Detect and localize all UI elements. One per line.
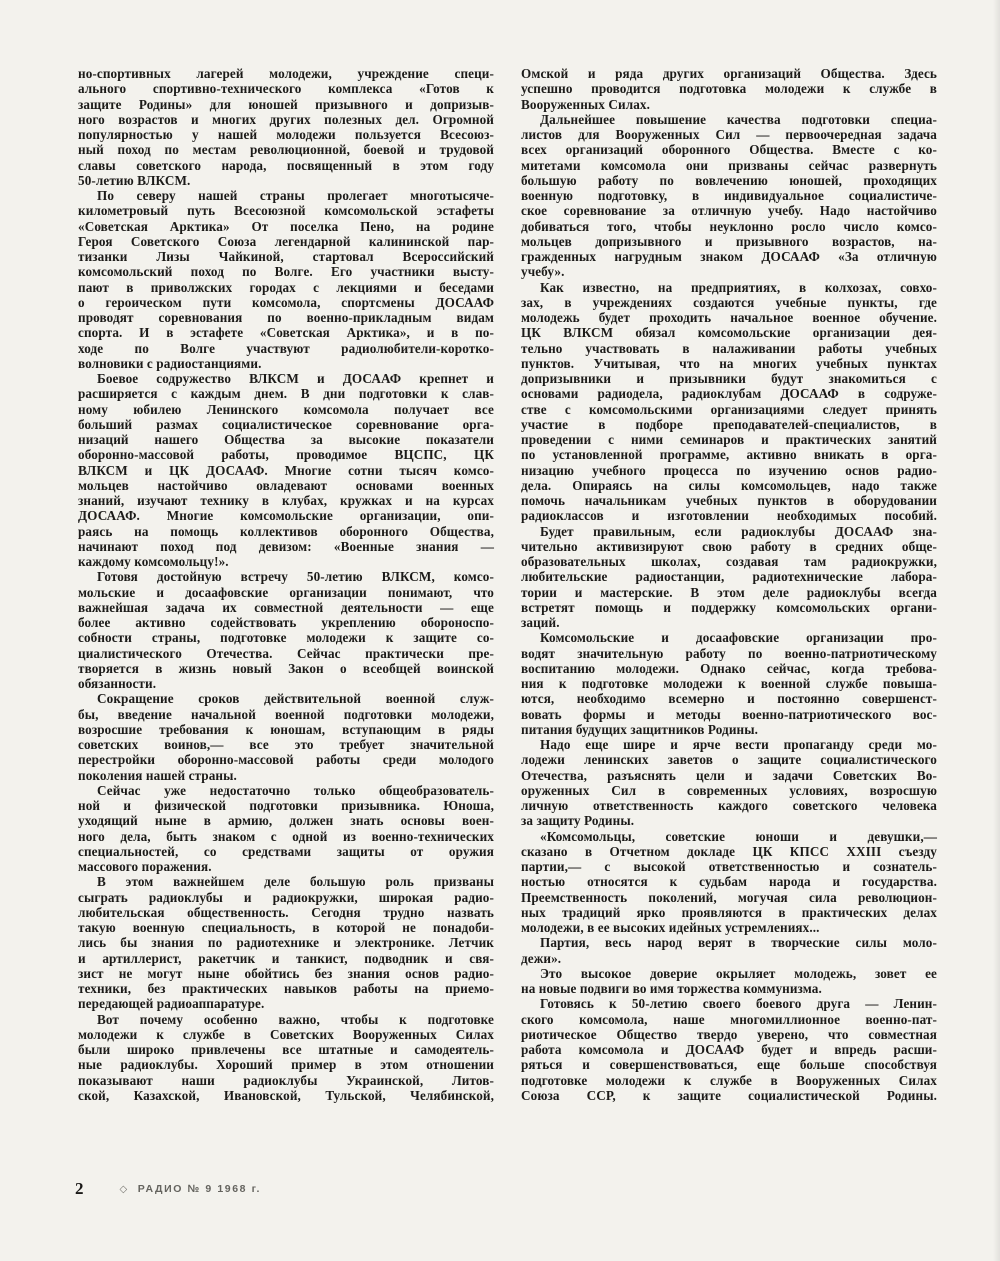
- text-line: лись бы знания по радиотехнике и электро…: [78, 935, 494, 950]
- text-line: Омской и ряда других организаций Обществ…: [521, 66, 937, 81]
- paragraph: Это высокое доверие окрыляет молодежь, з…: [521, 966, 937, 997]
- text-line: Сокращение сроков действительной военной…: [78, 691, 494, 706]
- text-line: ному юбилею Ленинского комсомола получае…: [78, 402, 494, 417]
- text-line: дела. Опираясь на силы комсомольцев, над…: [521, 478, 937, 493]
- text-line: волновики с радиостанциями.: [78, 356, 494, 371]
- text-line: низаций нашего Общества за высокие показ…: [78, 432, 494, 447]
- text-line: Сейчас уже недостаточно только общеобраз…: [78, 783, 494, 798]
- text-line: заций.: [521, 615, 937, 630]
- text-line: массового поражения.: [78, 859, 494, 874]
- text-line: большую работу по вовлечению юношей, про…: [521, 173, 937, 188]
- text-line: мольцев допризывного и призывного возрас…: [521, 234, 937, 249]
- text-line: Вот почему особенно важно, чтобы к подго…: [78, 1012, 494, 1027]
- text-line: ных традиций ярко проявляются в практиче…: [521, 905, 937, 920]
- text-line: творяется в жизнь новый Закон о всеобщей…: [78, 661, 494, 676]
- text-line: участие в подборе преподавателей-специал…: [521, 417, 937, 432]
- text-line: и артиллерист, ракетчик и танкист, подво…: [78, 951, 494, 966]
- text-line: листов для Вооруженных Сил — первоочеред…: [521, 127, 937, 142]
- text-line: вовать формы и методы военно-патриотичес…: [521, 707, 937, 722]
- text-line: тизанки Лизы Чайкиной, стартовал Всеросс…: [78, 249, 494, 264]
- text-line: ЦК ВЛКСМ обязал комсомольские организаци…: [521, 325, 937, 340]
- text-line: лодежи ленинских заветов о защите социал…: [521, 752, 937, 767]
- magazine-page: но-спортивных лагерей молодежи, учрежден…: [0, 0, 1000, 1261]
- paragraph: Сейчас уже недостаточно только общеобраз…: [78, 783, 494, 875]
- text-line: чительно активизируют свою работу в сред…: [521, 539, 937, 554]
- text-line: Героя Советского Союза легендарной калин…: [78, 234, 494, 249]
- page-number: 2: [75, 1179, 84, 1199]
- text-line: любительские радиостанции, радиотехничес…: [521, 569, 937, 584]
- text-line: помочь начальникам учебных пунктов в обо…: [521, 493, 937, 508]
- text-line: риотическое Общество твердо уверено, что…: [521, 1027, 937, 1042]
- text-line: оруженных Сил в современных условиях, во…: [521, 783, 937, 798]
- text-line: начинают поход под девизом: «Военные зна…: [78, 539, 494, 554]
- diamond-icon: ◇: [120, 1184, 129, 1195]
- text-line: встретят помощь и поддержку комсомольски…: [521, 600, 937, 615]
- text-line: перестройки оборонно-массовой работы сре…: [78, 752, 494, 767]
- text-line: воспитанию молодежи. Однако сейчас, когд…: [521, 661, 937, 676]
- text-line: образовательных школах, создавая там рад…: [521, 554, 937, 569]
- paragraph: но-спортивных лагерей молодежи, учрежден…: [78, 66, 494, 188]
- text-line: собности страны, подготовке молодежи к з…: [78, 630, 494, 645]
- text-column-left: но-спортивных лагерей молодежи, учрежден…: [78, 66, 494, 1103]
- text-line: возросшие требования к юношам, вступающи…: [78, 722, 494, 737]
- paragraph: Боевое содружество ВЛКСМ и ДОСААФ крепне…: [78, 371, 494, 569]
- text-line: оборонно-массовой работы, проводимое ВЦС…: [78, 447, 494, 462]
- journal-imprint: ◇РАДИО № 9 1968 г.: [120, 1183, 262, 1195]
- page-footer: 2 ◇РАДИО № 9 1968 г.: [75, 1179, 261, 1199]
- text-line: ются, необходимо всемерно и постоянно со…: [521, 691, 937, 706]
- text-line: Партия, весь народ верят в творческие си…: [521, 935, 937, 950]
- text-line: ВЛКСМ и ЦК ДОСААФ. Многие сотни тысяч ко…: [78, 463, 494, 478]
- text-line: о героическом пути комсомола, спортсмены…: [78, 295, 494, 310]
- text-line: Отечества, разъяснять цели и задачи Сове…: [521, 768, 937, 783]
- text-line: Как известно, на предприятиях, в колхоза…: [521, 280, 937, 295]
- text-line: Комсомольские и досаафовские организации…: [521, 630, 937, 645]
- text-line: по установленной программе, активно вник…: [521, 447, 937, 462]
- text-line: знаний, изучают технику в клубах, кружка…: [78, 493, 494, 508]
- text-line: всех организаций оборонного Общества. Вм…: [521, 142, 937, 157]
- text-line: ного возрастов и многих других полезных …: [78, 112, 494, 127]
- text-line: подготовке молодежи к службе в Вооруженн…: [521, 1073, 937, 1088]
- text-line: раясь на помощь коллективов оборонного О…: [78, 524, 494, 539]
- text-line: ния к подготовке молодежи к военной служ…: [521, 676, 937, 691]
- text-line: сыграть радиоклубы и радиокружки, широка…: [78, 890, 494, 905]
- text-line: специальностей, со средствами защиты от …: [78, 844, 494, 859]
- text-line: «Комсомольцы, советские юноши и девушки,…: [521, 829, 937, 844]
- text-line: ДОСААФ. Многие комсомольские организации…: [78, 508, 494, 523]
- text-line: успешно проводится подготовка молодежи к…: [521, 81, 937, 96]
- text-line: спорта. И в эстафете «Советская Арктика»…: [78, 325, 494, 340]
- paragraph: По северу нашей страны пролегает многоты…: [78, 188, 494, 371]
- text-line: Дальнейшее повышение качества подготовки…: [521, 112, 937, 127]
- text-line: пают в приволжских городах с лекциями и …: [78, 280, 494, 295]
- text-line: дежи».: [521, 951, 937, 966]
- text-line: Вооруженных Силах.: [521, 97, 937, 112]
- text-line: Союза ССР, к защите социалистической Род…: [521, 1088, 937, 1103]
- text-line: были широко привлечены все штатные и сам…: [78, 1042, 494, 1057]
- text-line: обязанности.: [78, 676, 494, 691]
- text-line: учебу».: [521, 264, 937, 279]
- text-line: Преемственность поколений, могучая сила …: [521, 890, 937, 905]
- paragraph: Вот почему особенно важно, чтобы к подго…: [78, 1012, 494, 1104]
- text-column-right: Омской и ряда других организаций Обществ…: [521, 66, 937, 1103]
- text-line: расширяется с каждым днем. В дни подгото…: [78, 386, 494, 401]
- text-line: проводят соревнования по военно-прикладн…: [78, 310, 494, 325]
- text-line: показывают наши радиоклубы Украинской, Л…: [78, 1073, 494, 1088]
- text-line: километровый путь Всесоюзной комсомольск…: [78, 203, 494, 218]
- paragraph: Дальнейшее повышение качества подготовки…: [521, 112, 937, 280]
- text-line: важнейшая задача их совместной деятельно…: [78, 600, 494, 615]
- text-line: зах, в учреждениях создаются учебные пун…: [521, 295, 937, 310]
- text-line: В этом важнейшем деле большую роль призв…: [78, 874, 494, 889]
- text-line: Готовясь к 50-летию своего боевого друга…: [521, 996, 937, 1011]
- text-line: любительская общественность. Сегодня тру…: [78, 905, 494, 920]
- text-line: циалистического Отечества. Сейчас практи…: [78, 646, 494, 661]
- text-line: ское соревнование за отличную учебу. Над…: [521, 203, 937, 218]
- text-line: каждому комсомольцу!».: [78, 554, 494, 569]
- text-line: работа комсомола и ДОСААФ будет и впредь…: [521, 1042, 937, 1057]
- text-line: добиваться того, чтобы неуклонно росло ч…: [521, 219, 937, 234]
- text-line: водят значительную работу по военно-патр…: [521, 646, 937, 661]
- paragraph: Комсомольские и досаафовские организации…: [521, 630, 937, 737]
- text-line: ностью относятся к судьбам народа и госу…: [521, 874, 937, 889]
- text-line: стве с комсомольскими организациями след…: [521, 402, 937, 417]
- text-line: поколения нашей страны.: [78, 768, 494, 783]
- text-line: комсомольский поход по Волге. Его участн…: [78, 264, 494, 279]
- text-line: ные радиоклубы. Хороший пример в этом от…: [78, 1057, 494, 1072]
- text-line: больший размах социалистическое соревнов…: [78, 417, 494, 432]
- text-line: популярностью у нашей молодежи пользуетс…: [78, 127, 494, 142]
- text-line: «Советская Арктика» От поселка Пено, на …: [78, 219, 494, 234]
- paragraph: Как известно, на предприятиях, в колхоза…: [521, 280, 937, 524]
- text-line: ного дела, быть знаком с одной из военно…: [78, 829, 494, 844]
- text-line: но-спортивных лагерей молодежи, учрежден…: [78, 66, 494, 81]
- text-line: питания будущих защитников Родины.: [521, 722, 937, 737]
- paragraph: В этом важнейшем деле большую роль призв…: [78, 874, 494, 1011]
- paragraph: Омской и ряда других организаций Обществ…: [521, 66, 937, 112]
- text-line: Надо еще шире и ярче вести пропаганду ср…: [521, 737, 937, 752]
- text-line: мольцев настойчиво овладевают основами в…: [78, 478, 494, 493]
- text-line: советских воинов,— все это требует значи…: [78, 737, 494, 752]
- text-line: тельно участвовать в налаживании работы …: [521, 341, 937, 356]
- text-line: По северу нашей страны пролегает многоты…: [78, 188, 494, 203]
- text-line: проведении с ними семинаров и практическ…: [521, 432, 937, 447]
- text-line: допризывники и призывники будут знакомит…: [521, 371, 937, 386]
- text-line: техники, без практических навыков работы…: [78, 981, 494, 996]
- text-line: молодежь будет проходить начальное военн…: [521, 310, 937, 325]
- paragraph: Партия, весь народ верят в творческие си…: [521, 935, 937, 966]
- text-line: молодежи, в ее высоких идейных устремлен…: [521, 920, 937, 935]
- text-line: Готовя достойную встречу 50-летию ВЛКСМ,…: [78, 569, 494, 584]
- text-line: радиоклассов и изготовлении необходимых …: [521, 508, 937, 523]
- text-line: передающей радиоаппаратуре.: [78, 996, 494, 1011]
- text-line: ходе по Волге участвуют радиолюбители-ко…: [78, 341, 494, 356]
- text-line: личную ответственность каждого советског…: [521, 798, 937, 813]
- text-line: ный поход по местам революционной, боево…: [78, 142, 494, 157]
- text-line: низацию учебного процесса по изучению ос…: [521, 463, 937, 478]
- paragraph: «Комсомольцы, советские юноши и девушки,…: [521, 829, 937, 936]
- text-line: более активно содействовать укреплению о…: [78, 615, 494, 630]
- text-line: пунктов. Учитывая, что на многих учебных…: [521, 356, 937, 371]
- text-line: зист не могут ныне обойтись без знания о…: [78, 966, 494, 981]
- text-line: за защиту Родины.: [521, 813, 937, 828]
- paragraph: Надо еще шире и ярче вести пропаганду ср…: [521, 737, 937, 829]
- text-line: защите Родины» для юношей призывного и д…: [78, 97, 494, 112]
- text-line: ской, Казахской, Ивановской, Тульской, Ч…: [78, 1088, 494, 1103]
- text-line: ной и физической подготовки призывника. …: [78, 798, 494, 813]
- text-line: такую военную специальность, в которой н…: [78, 920, 494, 935]
- paragraph: Сокращение сроков действительной военной…: [78, 691, 494, 783]
- text-line: митетами комсомола они призваны сейчас р…: [521, 158, 937, 173]
- text-line: молодежи к службе в Советских Вооруженны…: [78, 1027, 494, 1042]
- text-line: Это высокое доверие окрыляет молодежь, з…: [521, 966, 937, 981]
- text-line: ального спортивно-технического комплекса…: [78, 81, 494, 96]
- text-line: бы, введение начальной военной подготовк…: [78, 707, 494, 722]
- text-line: Будет правильным, если радиоклубы ДОСААФ…: [521, 524, 937, 539]
- paragraph: Будет правильным, если радиоклубы ДОСААФ…: [521, 524, 937, 631]
- text-line: уходящий ныне в армию, должен знать осно…: [78, 813, 494, 828]
- paragraph: Готовя достойную встречу 50-летию ВЛКСМ,…: [78, 569, 494, 691]
- text-line: основами радиодела, радиоклубам ДОСААФ в…: [521, 386, 937, 401]
- text-line: ского комсомола, наше многомиллионное во…: [521, 1012, 937, 1027]
- text-line: славы советского народа, посвященный в э…: [78, 158, 494, 173]
- text-line: тории и мастерские. В этом деле радиоклу…: [521, 585, 937, 600]
- text-line: сказано в Отчетном докладе ЦК КПСС XXIII…: [521, 844, 937, 859]
- text-line: гражденных нагрудным знаком ДОСААФ «За о…: [521, 249, 937, 264]
- article-body: но-спортивных лагерей молодежи, учрежден…: [78, 66, 937, 1103]
- text-line: 50-летию ВЛКСМ.: [78, 173, 494, 188]
- text-line: военную подготовку, в индивидуальное соц…: [521, 188, 937, 203]
- text-line: партии,— с высокой ответственностью и со…: [521, 859, 937, 874]
- text-line: мольские и досаафовские организации пони…: [78, 585, 494, 600]
- paragraph: Готовясь к 50-летию своего боевого друга…: [521, 996, 937, 1103]
- imprint-text: РАДИО № 9 1968 г.: [138, 1183, 261, 1195]
- text-line: ряться и совершенствоваться, еще больше …: [521, 1057, 937, 1072]
- text-line: Боевое содружество ВЛКСМ и ДОСААФ крепне…: [78, 371, 494, 386]
- text-line: на новые подвиги во имя торжества коммун…: [521, 981, 937, 996]
